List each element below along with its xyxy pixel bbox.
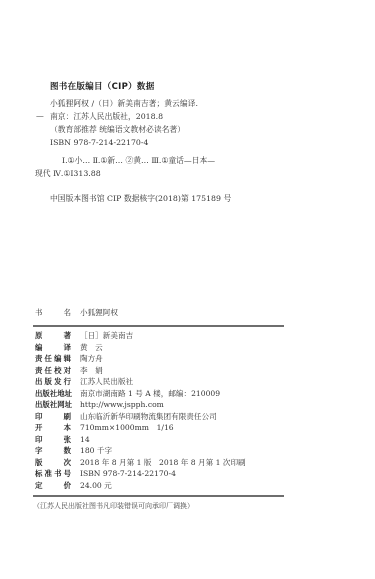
colophon-label: 责任编辑: [35, 353, 71, 364]
colophon-value: 黄 云: [80, 342, 103, 353]
cip-series-line: （教育部推荐 统编语文教材必读名著）: [50, 123, 185, 136]
colophon-row-translator: 编译 黄 云: [35, 342, 103, 353]
cip-core-number: 中国版本图书馆 CIP 数据核字(2018)第 175189 号: [50, 192, 231, 205]
colophon-label: 出版社网址: [35, 399, 71, 410]
colophon-label: 印张: [35, 434, 71, 445]
colophon-label: 书名: [35, 307, 71, 318]
colophon-value: 山东临沂新华印刷物流集团有限责任公司: [80, 411, 217, 422]
colophon-label: 编译: [35, 342, 71, 353]
colophon-value: ［日］新美南吉: [80, 330, 133, 341]
colophon-value: 14: [80, 434, 90, 445]
cip-heading: 图书在版编目（CIP）数据: [50, 80, 155, 92]
colophon-row-isbn: 标准书号 ISBN 978-7-214-22170-4: [35, 468, 176, 479]
colophon-label: 字数: [35, 445, 71, 456]
cip-dash: —: [36, 111, 44, 120]
cip-publisher-line: 南京：江苏人民出版社，2018.8: [50, 110, 163, 123]
colophon-row-website: 出版社网址 http://www.jspph.com: [35, 399, 164, 410]
colophon-row-publisher: 出版发行 江苏人民出版社: [35, 376, 133, 387]
colophon-label: 印刷: [35, 411, 71, 422]
colophon-label: 责任校对: [35, 365, 71, 376]
colophon-row-address: 出版社地址 南京市湖南路 1 号 A 楼，邮编：210009: [35, 388, 220, 399]
colophon-row-price: 定价 24.00 元: [35, 480, 112, 491]
colophon-label: 版次: [35, 457, 71, 468]
cip-classification-line-2: 现代 Ⅳ.①I313.88: [35, 167, 101, 180]
footnote: （江苏人民出版社图书凡印装错误可向承印厂调换）: [33, 501, 194, 511]
colophon-label: 开本: [35, 422, 71, 433]
colophon-row-title: 书名 小狐狸阿权: [35, 307, 118, 318]
cip-classification-line-1: Ⅰ.①小… Ⅱ.①新… ②黄… Ⅲ.①童话—日本—: [62, 154, 215, 167]
colophon-value: 李 娟: [80, 365, 103, 376]
colophon-value: 24.00 元: [80, 480, 112, 491]
bottom-divider: [33, 495, 284, 497]
colophon-value: 南京市湖南路 1 号 A 楼，邮编：210009: [80, 388, 220, 399]
colophon-row-edition: 版次 2018 年 8 月第 1 版 2018 年 8 月第 1 次印刷: [35, 457, 246, 468]
cip-isbn-line: ISBN 978-7-214-22170-4: [50, 136, 148, 149]
colophon-value: 2018 年 8 月第 1 版 2018 年 8 月第 1 次印刷: [80, 457, 246, 468]
colophon-value-book-title: 小狐狸阿权: [80, 307, 118, 318]
colophon-row-sheets: 印张 14: [35, 434, 90, 445]
colophon-row-printer: 印刷 山东临沂新华印刷物流集团有限责任公司: [35, 411, 217, 422]
colophon-label: 出版社地址: [35, 388, 71, 399]
colophon-value: 陶方舟: [80, 353, 103, 364]
colophon-label: 标准书号: [35, 468, 71, 479]
cip-title-line: 小狐狸阿权 /（日）新美南吉著；黄云编译.: [50, 97, 198, 110]
colophon-label: 出版发行: [35, 376, 71, 387]
colophon-row-format: 开本 710mm×1000mm 1/16: [35, 422, 174, 433]
colophon-label: 定价: [35, 480, 71, 491]
colophon-row-proofreader: 责任校对 李 娟: [35, 365, 103, 376]
colophon-value-website: http://www.jspph.com: [80, 399, 164, 410]
colophon-value: 710mm×1000mm 1/16: [80, 422, 174, 433]
colophon-value: 180 千字: [80, 445, 112, 456]
colophon-row-author: 原著 ［日］新美南吉: [35, 330, 133, 341]
colophon-value: 江苏人民出版社: [80, 376, 133, 387]
colophon-value: ISBN 978-7-214-22170-4: [80, 468, 176, 479]
colophon-row-word-count: 字数 180 千字: [35, 445, 112, 456]
colophon-row-editor: 责任编辑 陶方舟: [35, 353, 103, 364]
colophon-label: 原著: [35, 330, 71, 341]
top-divider: [33, 325, 284, 327]
